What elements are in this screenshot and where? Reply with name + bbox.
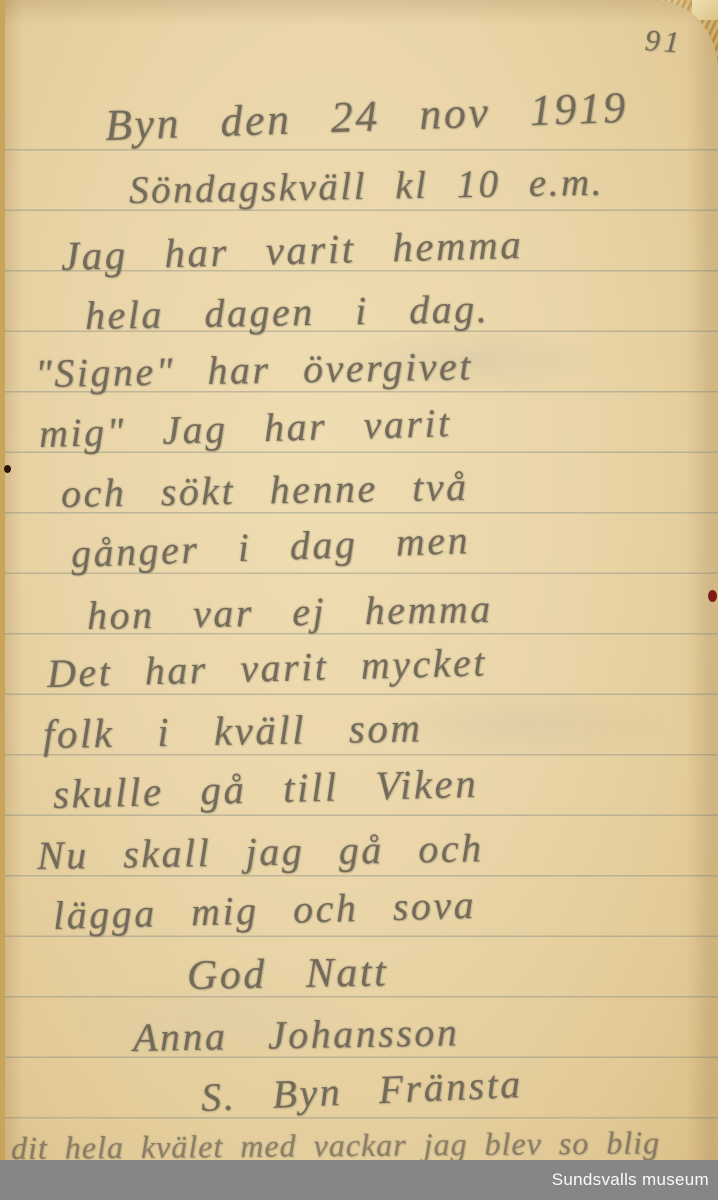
ink-speck xyxy=(708,590,717,602)
diary-line: Nu skall jag gå och xyxy=(37,824,484,879)
diary-line: hela dagen i dag. xyxy=(85,285,490,339)
museum-credit-label: Sundsvalls museum xyxy=(552,1170,709,1190)
notebook-page: 91 Byn den 24 nov 1919 Söndagskväll kl 1… xyxy=(5,0,718,1200)
ink-speck xyxy=(4,465,11,473)
museum-credit-bar: Sundsvalls museum xyxy=(0,1160,718,1200)
notebook-binding-edge xyxy=(0,0,6,1200)
page-number: 91 xyxy=(644,24,684,61)
diary-page-photo: 91 Byn den 24 nov 1919 Söndagskväll kl 1… xyxy=(0,0,718,1200)
signature-name: Anna Johansson xyxy=(133,1008,460,1061)
diary-line-goodnight: God Natt xyxy=(187,948,389,1000)
diary-line: "Signe" har övergivet xyxy=(35,342,474,397)
diary-line-date: Byn den 24 nov 1919 xyxy=(104,82,628,151)
diary-line: och sökt henne två xyxy=(61,463,469,517)
diary-line: folk i kväll som xyxy=(43,703,423,758)
diary-line-time: Söndagskväll kl 10 e.m. xyxy=(129,160,605,213)
diary-line: hon var ej hemma xyxy=(87,585,493,639)
